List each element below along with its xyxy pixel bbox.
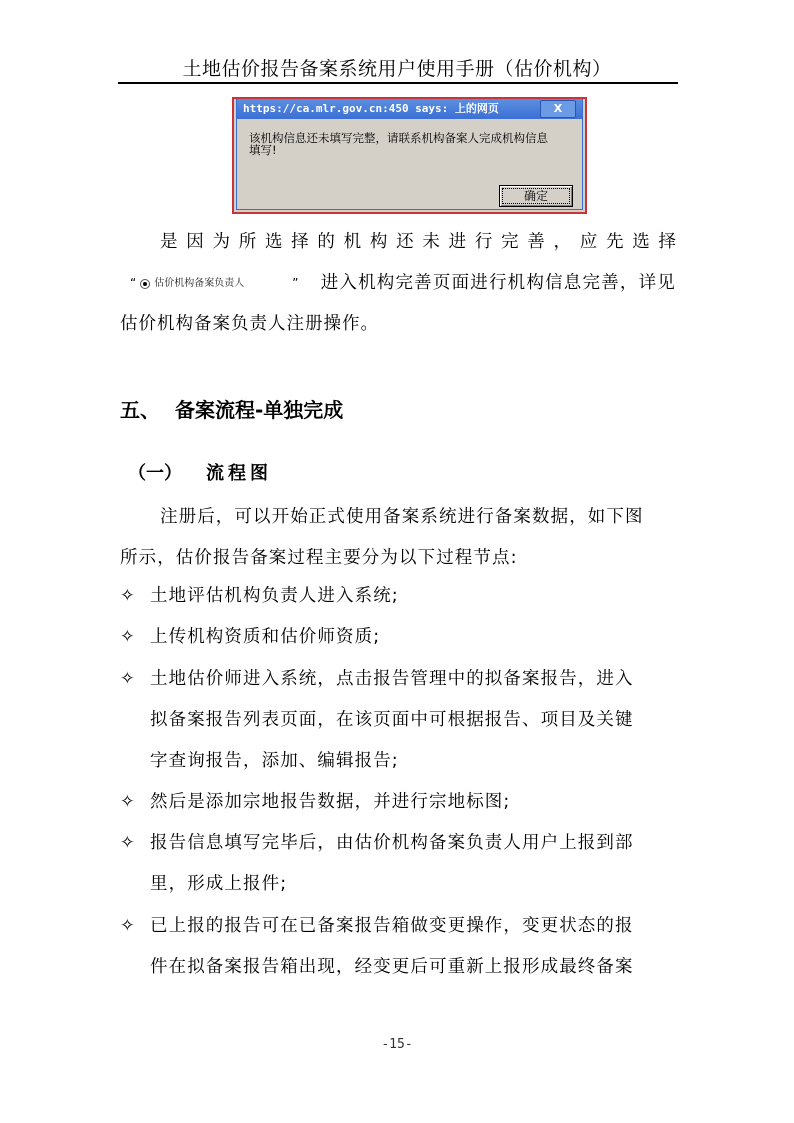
dialog-titlebar: https://ca.mlr.gov.cn:450 says: 上的网页 X bbox=[237, 99, 582, 119]
list-item: ✧土地评估机构负责人进入系统; bbox=[120, 576, 676, 617]
paragraph-line-1: 是因为所选择的机构还未进行完善，应先选择 bbox=[120, 222, 676, 263]
paragraph-char: 的 bbox=[317, 222, 335, 263]
list-item: ✧报告信息填写完毕后，由估价机构备案负责人用户上报到部里，形成上报件; bbox=[120, 823, 676, 905]
list-item-line: 土地评估机构负责人进入系统; bbox=[150, 576, 676, 617]
radio-option-image: 估价机构备案负责人 bbox=[136, 274, 286, 294]
paragraph-char: 行 bbox=[475, 222, 493, 263]
paragraph-char: ， bbox=[554, 222, 572, 263]
list-item-line: 然后是添加宗地报告数据，并进行宗地标图; bbox=[150, 782, 676, 823]
diamond-bullet-icon: ✧ bbox=[120, 906, 142, 947]
page-number: -15- bbox=[0, 1037, 794, 1052]
paragraph-line-3: 估价机构备案负责人注册操作。 bbox=[120, 304, 676, 345]
paragraph-char: 应 bbox=[580, 222, 598, 263]
paragraph-char: 善 bbox=[527, 222, 545, 263]
diamond-bullet-icon: ✧ bbox=[120, 823, 142, 864]
paragraph-char: 未 bbox=[422, 222, 440, 263]
list-item-line: 件在拟备案报告箱出现，经变更后可重新上报形成最终备案 bbox=[150, 947, 676, 988]
paragraph-char: 完 bbox=[501, 222, 519, 263]
dialog-message: 该机构信息还未填写完整，请联系机构备案人完成机构信息 填写! bbox=[249, 132, 574, 156]
list-item: ✧土地估价师进入系统，点击报告管理中的拟备案报告，进入拟备案报告列表页面，在该页… bbox=[120, 659, 676, 782]
subsection-title: 流程图 bbox=[206, 463, 272, 484]
document-header-title: 土地估价报告备案系统用户使用手册（估价机构） bbox=[0, 57, 794, 81]
paragraph-char: 选 bbox=[265, 222, 283, 263]
ok-button[interactable]: 确定 bbox=[499, 185, 573, 207]
dialog-message-line2: 填写! bbox=[249, 144, 574, 156]
diamond-bullet-icon: ✧ bbox=[120, 617, 142, 658]
paragraph-char: 择 bbox=[658, 222, 676, 263]
dialog-title: https://ca.mlr.gov.cn:450 says: 上的网页 bbox=[243, 101, 499, 117]
section-heading: 五、备案流程-单独完成 bbox=[120, 396, 343, 424]
paragraph-char: 进 bbox=[449, 222, 467, 263]
list-item-line: 上传机构资质和估价师资质; bbox=[150, 617, 676, 658]
list-item: ✧然后是添加宗地报告数据，并进行宗地标图; bbox=[120, 782, 676, 823]
paragraph-line-2-text: 进入机构完善页面进行机构信息完善，详见 bbox=[321, 263, 676, 304]
paragraph-char: 是 bbox=[160, 222, 178, 263]
section-number: 五、 bbox=[120, 396, 175, 424]
list-item-line: 报告信息填写完毕后，由估价机构备案负责人用户上报到部 bbox=[150, 823, 676, 864]
intro-line-2: 所示，估价报告备案过程主要分为以下过程节点: bbox=[120, 538, 676, 579]
header-rule bbox=[118, 82, 678, 84]
paragraph-line-2: “ 估价机构备案负责人 ” 进入机构完善页面进行机构信息完善，详见 bbox=[120, 263, 676, 304]
alert-dialog-screenshot: https://ca.mlr.gov.cn:450 says: 上的网页 X 该… bbox=[232, 97, 587, 214]
paragraph-char: 所 bbox=[239, 222, 257, 263]
subsection-number: （一） bbox=[128, 460, 206, 488]
radio-selected-icon bbox=[140, 279, 150, 289]
section-title: 备案流程-单独完成 bbox=[175, 398, 343, 422]
radio-option-label: 估价机构备案负责人 bbox=[154, 263, 244, 304]
list-item-line: 字查询报告，添加、编辑报告; bbox=[150, 741, 676, 782]
paragraph-char: 择 bbox=[291, 222, 309, 263]
close-quote: ” bbox=[292, 263, 298, 304]
subsection-heading: （一）流程图 bbox=[128, 460, 272, 488]
paragraph-char: 选 bbox=[632, 222, 650, 263]
paragraph-char: 先 bbox=[606, 222, 624, 263]
paragraph-char: 构 bbox=[370, 222, 388, 263]
intro-paragraph: 注册后，可以开始正式使用备案系统进行备案数据，如下图 所示，估价报告备案过程主要… bbox=[120, 497, 676, 579]
list-item: ✧已上报的报告可在已备案报告箱做变更操作，变更状态的报件在拟备案报告箱出现，经变… bbox=[120, 906, 676, 988]
list-item-line: 已上报的报告可在已备案报告箱做变更操作，变更状态的报 bbox=[150, 906, 676, 947]
list-item: ✧上传机构资质和估价师资质; bbox=[120, 617, 676, 658]
dialog-message-line1: 该机构信息还未填写完整，请联系机构备案人完成机构信息 bbox=[249, 132, 574, 144]
paragraph-char: 因 bbox=[186, 222, 204, 263]
paragraph-line-2-lead: “ 估价机构备案负责人 ” bbox=[120, 263, 298, 304]
paragraph-explanation: 是因为所选择的机构还未进行完善，应先选择 “ 估价机构备案负责人 ” 进入机构完… bbox=[120, 222, 676, 345]
diamond-bullet-icon: ✧ bbox=[120, 576, 142, 617]
list-item-line: 里，形成上报件; bbox=[150, 864, 676, 905]
intro-line-1: 注册后，可以开始正式使用备案系统进行备案数据，如下图 bbox=[120, 497, 676, 538]
diamond-bullet-icon: ✧ bbox=[120, 782, 142, 823]
close-icon[interactable]: X bbox=[540, 100, 576, 118]
diamond-bullet-icon: ✧ bbox=[120, 659, 142, 700]
paragraph-char: 还 bbox=[396, 222, 414, 263]
list-item-line: 土地估价师进入系统，点击报告管理中的拟备案报告，进入 bbox=[150, 659, 676, 700]
paragraph-char: 为 bbox=[212, 222, 230, 263]
list-item-line: 拟备案报告列表页面，在该页面中可根据报告、项目及关键 bbox=[150, 700, 676, 741]
paragraph-char: 机 bbox=[344, 222, 362, 263]
dialog-frame: https://ca.mlr.gov.cn:450 says: 上的网页 X 该… bbox=[236, 99, 583, 210]
